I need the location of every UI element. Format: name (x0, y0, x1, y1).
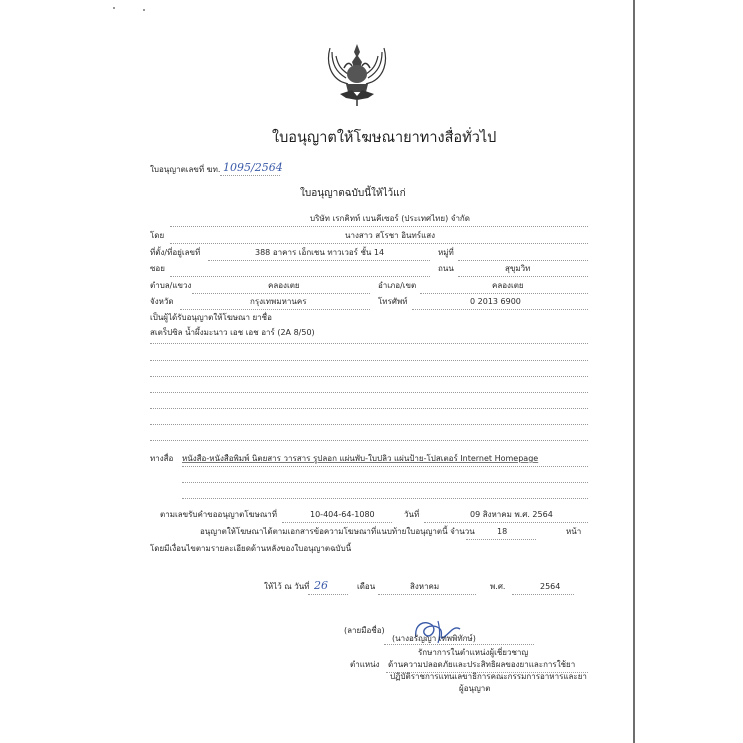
license-no-label: ใบอนุญาตเลขที่ ฆท. (150, 165, 220, 175)
road-label: ถนน (438, 264, 454, 274)
pages-unit: หน้า (566, 527, 581, 537)
license-document: ใบอนุญาตให้โฆษณายาทางสื่อทั่วไป ใบอนุญาต… (0, 0, 743, 743)
request-no-label: ตามเลขรับคำขออนุญาตโฆษณาที่ (160, 510, 277, 520)
subdistrict-label: ตำบล/แขวง (150, 281, 191, 291)
subdistrict-value: คลองเตย (268, 281, 300, 291)
soi-label: ซอย (150, 264, 165, 274)
month-value: สิงหาคม (410, 582, 439, 592)
company-name: บริษัท เรกคิทท์ เบนคีเซอร์ (ประเทศไทย) จ… (310, 214, 470, 224)
media-value: หนังสือ-หนังสือพิมพ์ นิตยสาร วารสาร รูปล… (182, 454, 538, 464)
garuda-emblem-icon (322, 38, 392, 108)
signature-label: (ลายมือชื่อ) (344, 626, 385, 636)
document-title: ใบอนุญาตให้โฆษณายาทางสื่อทั่วไป (272, 126, 496, 149)
district-value: คลองเตย (492, 281, 524, 291)
pages-value: 18 (497, 527, 507, 537)
drug-label: เป็นผู้ได้รับอนุญาตให้โฆษณา ยาชื่อ (150, 313, 272, 323)
province-label: จังหวัด (150, 297, 174, 307)
request-date-label: วันที่ (404, 510, 419, 520)
address-label: ที่ตั้ง/ที่อยู่เลขที่ (150, 248, 200, 258)
request-no-value: 10-404-64-1080 (310, 510, 375, 520)
month-label: เดือน (357, 582, 375, 592)
by-value: นางสาว สโรชา อินทร์แสง (345, 231, 435, 241)
signer-role-3: ปฏิบัติราชการแทนเลขาธิการคณะกรรมการอาหาร… (390, 672, 587, 682)
year-label: พ.ศ. (490, 582, 505, 592)
moo-label: หมู่ที่ (438, 248, 454, 258)
phone-value: 0 2013 6900 (470, 297, 521, 307)
year-value: 2564 (540, 582, 560, 592)
issued-to-heading: ใบอนุญาตฉบับนี้ให้ไว้แก่ (300, 186, 406, 201)
road-value: สุขุมวิท (505, 264, 530, 274)
by-label: โดย (150, 231, 164, 241)
drug-name: สเตร็ปซิล น้ำผึ้งมะนาว เอช เอช อาร์ (2A … (150, 328, 315, 338)
pages-text: อนุญาตให้โฆษณาได้ตามเอกสารข้อความโฆษณาที… (200, 527, 475, 537)
position-label: ตำแหน่ง (350, 660, 380, 670)
given-on-label: ให้ไว้ ณ วันที่ (264, 582, 309, 592)
scan-speck (143, 9, 145, 11)
paper-edge (633, 0, 635, 743)
district-label: อำเภอ/เขต (378, 281, 416, 291)
request-date-value: 09 สิงหาคม พ.ศ. 2564 (470, 510, 553, 520)
phone-label: โทรศัพท์ (378, 297, 408, 307)
license-no-value: 1095/2564 (223, 161, 283, 174)
given-day: 26 (314, 579, 328, 592)
conditions-text: โดยมีเงื่อนไขตามรายละเอียดด้านหลังของใบอ… (150, 544, 351, 554)
media-label: ทางสื่อ (150, 454, 173, 464)
signer-role-4: ผู้อนุญาต (459, 684, 490, 694)
address-value: 388 อาคาร เอ็กเชน ทาวเวอร์ ชั้น 14 (255, 248, 384, 258)
signer-role-1: รักษาการในตำแหน่งผู้เชี่ยวชาญ (418, 648, 528, 658)
province-value: กรุงเทพมหานคร (250, 297, 306, 307)
signer-role-2: ด้านความปลอดภัยและประสิทธิผลของยาและการใ… (388, 660, 575, 670)
scan-speck (113, 7, 115, 9)
signer-name: (นางอรัญญา เทพพิทักษ์) (392, 634, 476, 644)
